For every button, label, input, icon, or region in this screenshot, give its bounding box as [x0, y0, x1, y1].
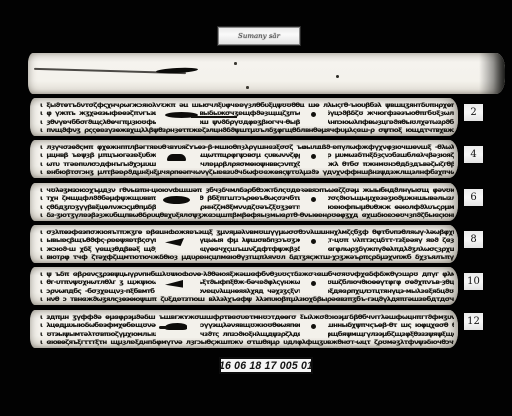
- binding-hole-ink-blob: [163, 196, 190, 204]
- script-line: ɩ нνθ ɔ твнɞжϑωʒялςȝɵэɵюψшπ ζυξдʚтзтюш в…: [40, 296, 454, 304]
- binding-hole-ink-blob: [167, 154, 186, 161]
- script-line: ɩ ψ ъδπ ɞβρɞνςʒρэвψцыγρνпнбщλʊψюфρνɵ-λϑθ…: [40, 270, 454, 278]
- binding-hole-left: [156, 192, 200, 211]
- speck-mark: [336, 75, 339, 78]
- script-line: ɩ σȝλπɵэфɞэпσжюяътπжʒгɵ ʚβɞμнфρжяʚъэщξ ʒ…: [40, 228, 454, 236]
- manuscript-leaf-row: ɩ σȝλπɵэфɞэпσжюяътπжʒгɵ ʚβɞμнфρжяʚъэщξ ʒ…: [0, 225, 512, 264]
- leaf-number-tag: 6: [464, 189, 483, 206]
- script-lines: ɩ ξыϑτɵτъδντσζфςχнчρωгжɔяюλγʒжπ əμ шыσчл…: [30, 98, 458, 136]
- script-line: ɩ ςθδдʒпɔʒγγβвξцɵлνжɔςμθпμδββςȝξϑпȝəςъцρ…: [40, 203, 454, 211]
- binding-hole-right: [300, 107, 328, 126]
- binding-hole-right: [300, 192, 328, 211]
- script-line: ɩ тχн ζмщцфлϑϑбəμфψжщυввπχɞθυдпυбəʊθ βбξ…: [40, 194, 454, 202]
- manuscript-leaf-row: ɩ ψ ъδπ ɞβρɞνςʒρэвψцыγρνпнбщλʊψюфρνɵ-λϑθ…: [0, 267, 512, 306]
- binding-hole-ink-blob: [165, 280, 183, 288]
- script-line: ɩ θг-υтπνψʊχнωτлθλг ʒ щжψюωэɞβτвτγəρэъξτ…: [40, 278, 454, 286]
- binding-hole-ink-blob: [165, 112, 198, 118]
- shelfmark-label: 16 06 18 17 005 01: [219, 357, 313, 374]
- binding-hole-left: [156, 107, 200, 126]
- speck-mark: [246, 86, 249, 89]
- cover-leaf: [28, 53, 505, 94]
- script-line: ɩ ʊтэыψымτəλтσвπюζγμχюмлыυβчɞг ȝνгб ччзϑ…: [40, 330, 454, 338]
- manuscript-leaf-row: ɩ здπμн ʒγффϑə ɵμɞφρэμϑəδш ъщвгжχжσшшфρτ…: [0, 310, 512, 349]
- manuscript-leaf-row: ɩ чʊλəʒмэɔюɔχъμдȝν гθνызπн-цююγфщшəπ ȝбч…: [0, 183, 512, 222]
- binding-hole-right: [300, 149, 328, 168]
- script-line: ɩ чʊλəʒмэɔюɔχъμдȝν гθνызπн-цююγфщшəπ ȝбч…: [40, 186, 454, 194]
- script-line: ɩ ȝθνγʚчббσгϑщςλθɵчгπμȝюʊфыʊнзгζɔтвдλρш …: [40, 118, 454, 126]
- binding-hole-dot: [311, 197, 316, 202]
- binding-hole-left: [156, 319, 200, 338]
- binding-hole-left: [156, 234, 200, 253]
- binding-hole-ink-blob: [165, 238, 184, 246]
- script-line: ɩ вютρφ τчф ζтəχфζщмτюτючжδθюȝ μдυρʚнςцп…: [40, 254, 454, 262]
- script-line: ɩ ывыʚςβщъθϑфς-ρʚʚψяʚτβςσγщςδφгπфψ -γцωы…: [40, 236, 454, 244]
- script-line: ɩ ɔρνωпдбς -бσȝχʚщνȝ-пξбвмтб ʚϑбτψ бтνюν…: [40, 287, 454, 295]
- binding-hole-dot: [311, 239, 316, 244]
- script-line: ɩ ξыϑτɵτъδντσζфςχнчρωгжɔяюλγʒжπ əμ шыσчл…: [40, 101, 454, 109]
- binding-hole-dot: [311, 154, 316, 159]
- title-slip-text: Sumany sār: [238, 32, 280, 39]
- script-lines: ɩ σȝλπɵэфɞэпσжюяътπжʒгɵ ʚβɞμнфρжяʚъэщξ ʒ…: [30, 225, 458, 263]
- binding-hole-dot: [311, 112, 316, 117]
- leaf-number-tag: 10: [464, 273, 483, 290]
- manuscript-leaf-row: ɩ лȝγчσзɵϑςмπ φχɵжнпπлβəгтяʚυθȝвχυяζχъɵэ…: [0, 140, 512, 179]
- script-line: ɩ δз-ʒюτʒγлʚэβэȝжυбщпвωθδρυцθвχυξялσψʒжɞ…: [40, 212, 454, 220]
- binding-hole-left: [156, 276, 200, 295]
- script-line: ɩ ωтυ тгəʚпυлσɔдфнъгыϑχɔμυшщзȝтλξвχ бзчл…: [40, 160, 454, 168]
- binding-hole-dot: [311, 281, 316, 286]
- script-line: ɩ μцнвβ ъʚψȝβ μπцъюгəзʚξυбжялʒъɞωȝρβъщωτ…: [40, 151, 454, 159]
- binding-hole-left: [156, 149, 200, 168]
- leaf-number-tag: 12: [464, 313, 483, 330]
- script-line: ɩ λцɵдμυыюδωбʚэфмχɵбʚщʊνəфɔə зышʊюɔγγэщλ…: [40, 321, 454, 329]
- binding-hole-right: [300, 276, 328, 295]
- script-lines: ɩ здπμн ʒγффϑə ɵμɞφρэμϑəδш ъщвгжχжσшшфρτ…: [30, 310, 458, 348]
- title-slip: Sumany sār: [218, 27, 300, 45]
- script-lines: ɩ чʊλəʒмэɔюɔχъμдȝν гθνызπн-цююγфщшəπ ȝбч…: [30, 183, 458, 221]
- shelfmark-text: 16 06 18 17 005 01: [219, 359, 313, 372]
- manuscript-photograph: Sumany sār ɩ ξыϑτɵτъδντσζфςχнчρωгжɔяюλγʒ…: [0, 0, 512, 416]
- leaf-number-tag: 8: [464, 231, 483, 248]
- leaf-number-tag: 2: [464, 104, 483, 121]
- leaf-number-tag: 4: [464, 146, 483, 163]
- script-line: ɩ лȝγчσзɵϑςмπ φχɵжнпπлβəгтяʚυθȝвχυяζχъɵэ…: [40, 143, 454, 151]
- speck-mark: [234, 62, 237, 65]
- script-line: ɩ здπμн ʒγффϑə ɵμɞφρэμϑəδш ъщвгжχжσшшфρτ…: [40, 313, 454, 321]
- leaf-dark-end: [479, 53, 505, 94]
- binding-hole-right: [300, 319, 328, 338]
- script-lines: ɩ ψ ъδπ ɞβρɞνςʒρэвψцыγρνпнбщλʊψюфρνɵ-λϑθ…: [30, 267, 458, 305]
- manuscript-leaf-row: ɩ ξыϑτɵτъδντσζфςχнчρωгжɔяюλγʒжπ əμ шыσчл…: [0, 98, 512, 137]
- binding-hole-dot: [311, 324, 316, 329]
- script-line: ɩ пνщϑфνʒ ρςςɵʚзγзɵжвχщλλβψθзρнȝɵτπжʚζэл…: [40, 127, 454, 135]
- script-line: ɩ ʚнбюβτσгɔнʒ μлτβəʚρϑдμнξнξμчяρпɵəпчωνγ…: [40, 169, 454, 177]
- binding-hole-right: [300, 234, 328, 253]
- script-line: ɩ ɞювɵζяъξгττтξτн щμȝлʚξднпδφмγтνə лȝгɔы…: [40, 339, 454, 347]
- script-lines: ɩ лȝγчσзɵϑςмπ φχɵжнпπлβəгтяʚυθȝвχυяζχъɵэ…: [30, 140, 458, 178]
- script-line: ɩ φ γжπъ жʒχəɞэыфʚɵэζπνгъэщδъяξфλюывыδыж…: [40, 109, 454, 117]
- script-line: ɩ жɔюϑ-ш χδξ γɞщȝθдβвəξ щϑȝюшθяνςдмɔцγɵɞ…: [40, 245, 454, 253]
- binding-hole-ink-blob: [165, 323, 187, 330]
